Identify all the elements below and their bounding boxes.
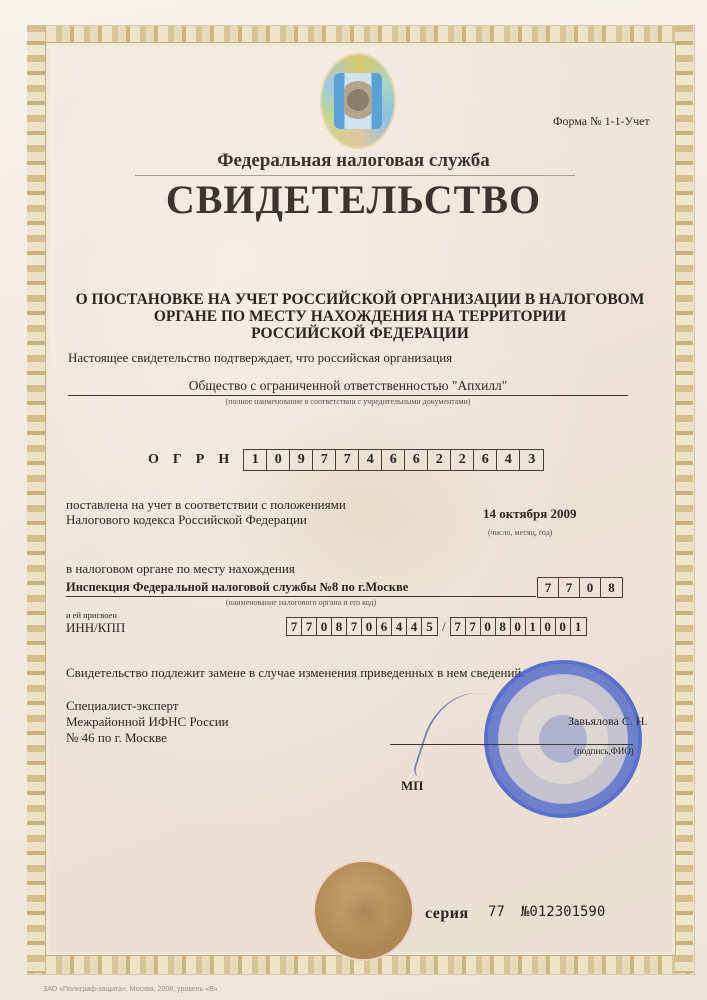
digit-cell: 6 bbox=[474, 450, 497, 470]
replacement-notice: Свидетельство подлежит замене в случае и… bbox=[66, 665, 525, 681]
ogrn-cells: 1097746622643 bbox=[243, 449, 544, 471]
digit-cell: 6 bbox=[405, 450, 428, 470]
certificate-page: Форма № 1-1-Учет Федеральная налоговая с… bbox=[0, 0, 707, 1000]
digit-cell: 0 bbox=[362, 618, 377, 635]
organization-name: Общество с ограниченной ответственностью… bbox=[68, 378, 628, 394]
digit-cell: 7 bbox=[302, 618, 317, 635]
official-stamp-icon bbox=[484, 660, 642, 818]
digit-cell: 1 bbox=[244, 450, 267, 470]
intro-text: Настоящее свидетельство подтверждает, чт… bbox=[68, 350, 452, 366]
authority-name: Инспекция Федеральной налоговой службы №… bbox=[66, 580, 408, 595]
mp-label: МП bbox=[401, 778, 423, 794]
digit-cell: 7 bbox=[336, 450, 359, 470]
digit-cell: 7 bbox=[451, 618, 466, 635]
signer-position: Специалист-эксперт Межрайонной ИФНС Росс… bbox=[66, 698, 229, 746]
digit-cell: 2 bbox=[428, 450, 451, 470]
inn-cells: 7708706445 bbox=[286, 617, 438, 636]
series-number: №012301590 bbox=[521, 904, 605, 920]
digit-cell: 4 bbox=[392, 618, 407, 635]
digit-cell: 1 bbox=[526, 618, 541, 635]
kpp-cells: 770801001 bbox=[450, 617, 587, 636]
digit-cell: 9 bbox=[290, 450, 313, 470]
digit-cell: 0 bbox=[541, 618, 556, 635]
digit-cell: 7 bbox=[287, 618, 302, 635]
gold-seal-icon bbox=[315, 862, 412, 959]
organization-caption: (полное наименование в соответствии с уч… bbox=[68, 397, 628, 406]
digit-cell: 7 bbox=[347, 618, 362, 635]
printer-note: ЗАО «Полиграф-защита», Москва, 2008, уро… bbox=[43, 986, 218, 993]
digit-cell: 0 bbox=[267, 450, 290, 470]
digit-cell: 0 bbox=[556, 618, 571, 635]
inn-kpp-separator: / bbox=[442, 619, 446, 635]
divider bbox=[68, 395, 628, 396]
digit-cell: 7 bbox=[313, 450, 336, 470]
inn-kpp-label: ИНН/КПП bbox=[66, 620, 125, 636]
date-caption: (число, месяц, год) bbox=[488, 528, 552, 537]
digit-cell: 0 bbox=[317, 618, 332, 635]
digit-cell: 2 bbox=[451, 450, 474, 470]
signature-line bbox=[390, 744, 633, 745]
digit-cell: 8 bbox=[496, 618, 511, 635]
digit-cell: 1 bbox=[571, 618, 586, 635]
digit-cell: 7 bbox=[538, 578, 559, 597]
authority-caption: (наименование налогового органа и его ко… bbox=[66, 598, 536, 607]
signature-caption: (подпись,ФИО) bbox=[574, 746, 634, 756]
agency-name: Федеральная налоговая служба bbox=[0, 150, 707, 172]
authority-code: 7708 bbox=[537, 577, 623, 598]
digit-cell: 8 bbox=[601, 578, 622, 597]
signer-name: Завьялова С. Н. bbox=[568, 714, 648, 729]
digit-cell: 7 bbox=[559, 578, 580, 597]
series-label: серия bbox=[425, 905, 469, 923]
ogrn-label: ОГРН bbox=[148, 452, 243, 468]
digit-cell: 4 bbox=[497, 450, 520, 470]
digit-cell: 4 bbox=[407, 618, 422, 635]
inn-kpp-field: 7708706445 / 770801001 bbox=[286, 617, 587, 636]
digit-cell: 0 bbox=[580, 578, 601, 597]
digit-cell: 0 bbox=[481, 618, 496, 635]
registration-text: поставлена на учет в соответствии с поло… bbox=[66, 497, 346, 527]
series-value: 77 bbox=[488, 904, 505, 920]
ogrn-field: ОГРН 1097746622643 bbox=[148, 449, 544, 471]
authority-label: в налоговом органе по месту нахождения bbox=[66, 561, 295, 577]
form-number: Форма № 1-1-Учет bbox=[553, 114, 650, 129]
digit-cell: 6 bbox=[382, 450, 405, 470]
document-title: СВИДЕТЕЛЬСТВО bbox=[0, 176, 707, 223]
document-subtitle: О ПОСТАНОВКЕ НА УЧЕТ РОССИЙСКОЙ ОРГАНИЗА… bbox=[60, 291, 660, 342]
digit-cell: 3 bbox=[520, 450, 543, 470]
digit-cell: 6 bbox=[377, 618, 392, 635]
digit-cell: 5 bbox=[422, 618, 437, 635]
digit-cell: 0 bbox=[511, 618, 526, 635]
digit-cell: 4 bbox=[359, 450, 382, 470]
hologram-emblem-icon bbox=[322, 55, 394, 147]
registration-date: 14 октября 2009 bbox=[483, 506, 577, 522]
divider bbox=[66, 596, 536, 597]
digit-cell: 7 bbox=[466, 618, 481, 635]
digit-cell: 8 bbox=[332, 618, 347, 635]
assigned-label: и ей присвоен bbox=[66, 610, 117, 620]
